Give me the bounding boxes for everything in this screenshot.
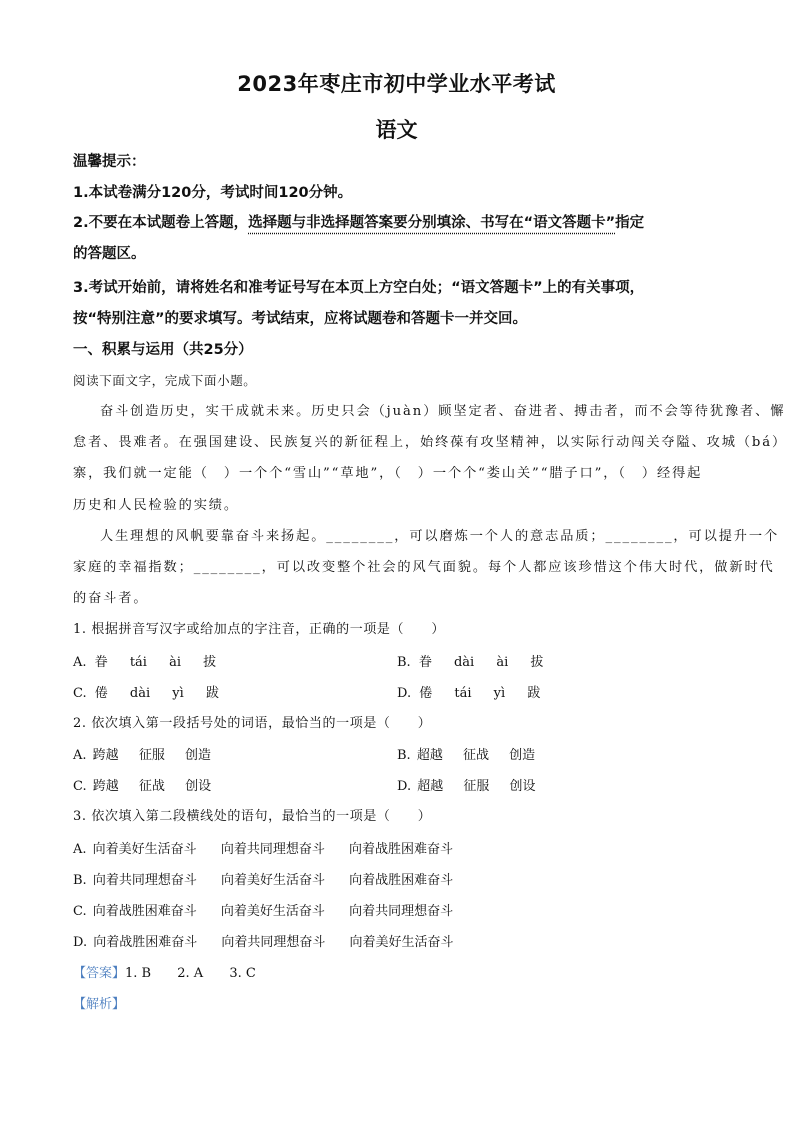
- question-2-stem: 2. 依次填入第一段括号处的词语，最恰当的一项是（ ）: [73, 712, 431, 731]
- option-item: 创造: [509, 748, 535, 763]
- option-item: 向着共同理想奋斗: [93, 873, 197, 888]
- option-label: A.: [73, 748, 87, 763]
- answer-line: 【答案】1. B 2. A 3. C: [73, 962, 256, 981]
- question-3-stem: 3. 依次填入第二段横线处的语句，最恰当的一项是（ ）: [73, 805, 431, 824]
- option-item: ài: [496, 655, 508, 670]
- option-label: C.: [73, 686, 87, 701]
- option-item: 向着战胜困难奋斗: [93, 935, 197, 950]
- notice-2: 2.不要在本试题卷上答题，选择题与非选择题答案要分别填涂、书写在“语文答题卡”指…: [73, 211, 644, 232]
- option-item: 向着美好生活奋斗: [350, 935, 454, 950]
- option-item: 向着共同理想奋斗: [221, 842, 325, 857]
- option-label: B.: [397, 748, 411, 763]
- option-item: 创设: [185, 779, 211, 794]
- question-1-stem: 1. 根据拼音写汉字或给加点的字注音，正确的一项是（ ）: [73, 618, 445, 637]
- option-item: 向着共同理想奋斗: [221, 935, 325, 950]
- passage1-line3: 寨，我们就一定能（ ）一个个“雪山”“草地”，（ ）一个个“娄山关”“腊子口”，…: [73, 462, 702, 481]
- analysis-line: 【解析】: [73, 993, 125, 1012]
- option-item: 超越: [417, 748, 443, 763]
- answer-value: 1. B: [125, 966, 151, 981]
- passage2-line1: 人生理想的风帆要靠奋斗来扬起。________，可以磨炼一个人的意志品质；___…: [100, 525, 779, 544]
- option-label: D.: [397, 686, 411, 701]
- notice-2-emphasized: 选择题与非选择题答案要分别填涂、书写在“语文答题卡”: [248, 215, 615, 231]
- notice-2-continuation: 的答题区。: [73, 242, 146, 263]
- option-item: 向着美好生活奋斗: [93, 842, 197, 857]
- option-item: 向着美好生活奋斗: [221, 904, 325, 919]
- q1-option-d: D. 倦 tái yì 跋: [397, 682, 540, 701]
- option-item: yì: [172, 686, 184, 701]
- q3-option-d: D. 向着战胜困难奋斗 向着共同理想奋斗 向着美好生活奋斗: [73, 931, 454, 950]
- option-label: B.: [397, 655, 411, 670]
- option-item: 征服: [463, 779, 489, 794]
- q3-option-b: B. 向着共同理想奋斗 向着美好生活奋斗 向着战胜困难奋斗: [73, 869, 453, 888]
- notice-heading: 温馨提示：: [73, 150, 146, 171]
- q2-option-b: B. 超越 征战 创造: [397, 744, 535, 763]
- q2-option-c: C. 跨越 征战 创设: [73, 775, 211, 794]
- q2-option-a: A. 跨越 征服 创造: [73, 744, 211, 763]
- analysis-label: 【解析】: [73, 997, 125, 1012]
- option-label: C.: [73, 904, 87, 919]
- q1-option-c: C. 倦 dài yì 跋: [73, 682, 219, 701]
- option-item: 超越: [417, 779, 443, 794]
- option-item: 眷: [95, 655, 108, 670]
- passage2-line3: 的奋斗者。: [73, 587, 148, 606]
- answer-label: 【答案】: [73, 966, 125, 981]
- option-item: 拔: [203, 655, 216, 670]
- option-item: 向着战胜困难奋斗: [349, 842, 453, 857]
- option-item: 跋: [527, 686, 540, 701]
- option-item: yì: [494, 686, 506, 701]
- option-item: tái: [454, 686, 471, 701]
- option-item: 倦: [419, 686, 432, 701]
- option-label: B.: [73, 873, 87, 888]
- option-item: ài: [169, 655, 181, 670]
- option-item: 征服: [139, 748, 165, 763]
- q1-option-b: B. 眷 dài ài 拔: [397, 651, 543, 670]
- option-item: 向着战胜困难奋斗: [93, 904, 197, 919]
- option-item: tái: [130, 655, 147, 670]
- passage2-line2: 家庭的幸福指数；________，可以改变整个社会的风气面貌。每个人都应该珍惜这…: [73, 556, 775, 575]
- exam-title: 2023年枣庄市初中学业水平考试: [0, 68, 793, 98]
- option-label: D.: [397, 779, 411, 794]
- option-label: C.: [73, 779, 87, 794]
- option-item: 跨越: [93, 779, 119, 794]
- option-label: A.: [73, 842, 87, 857]
- notice-1: 1.本试卷满分120分，考试时间120分钟。: [73, 181, 352, 202]
- passage1-line4: 历史和人民检验的实绩。: [73, 494, 239, 513]
- q2-option-d: D. 超越 征服 创设: [397, 775, 536, 794]
- option-item: 向着战胜困难奋斗: [349, 873, 453, 888]
- exam-page: 2023年枣庄市初中学业水平考试 语文 温馨提示： 1.本试卷满分120分，考试…: [0, 0, 793, 1122]
- instruction: 阅读下面文字，完成下面小题。: [73, 371, 256, 389]
- option-item: 跋: [206, 686, 219, 701]
- option-item: 拔: [530, 655, 543, 670]
- option-label: A.: [73, 655, 87, 670]
- q1-option-a: A. 眷 tái ài 拔: [73, 651, 216, 670]
- option-item: dài: [130, 686, 150, 701]
- option-item: 创造: [185, 748, 211, 763]
- q3-option-c: C. 向着战胜困难奋斗 向着美好生活奋斗 向着共同理想奋斗: [73, 900, 453, 919]
- notice-3-line1: 3.考试开始前，请将姓名和准考证号写在本页上方空白处；“语文答题卡”上的有关事项…: [73, 276, 644, 297]
- answer-value: 2. A: [177, 966, 203, 981]
- q3-option-a: A. 向着美好生活奋斗 向着共同理想奋斗 向着战胜困难奋斗: [73, 838, 453, 857]
- option-item: 向着美好生活奋斗: [221, 873, 325, 888]
- section-heading: 一、积累与运用（共25分）: [73, 338, 253, 359]
- option-item: 征战: [139, 779, 165, 794]
- option-item: 向着共同理想奋斗: [349, 904, 453, 919]
- answer-value: 3. C: [229, 966, 255, 981]
- notice-2-prefix: 2.不要在本试题卷上答题，: [73, 215, 248, 231]
- option-item: 跨越: [93, 748, 119, 763]
- passage1-line1: 奋斗创造历史，实干成就未来。历史只会（juàn）顾坚定者、奋进者、搏击者，而不会…: [100, 400, 785, 419]
- passage1-line2: 怠者、畏难者。在强国建设、民族复兴的新征程上，始终葆有攻坚精神，以实际行动闯关夺…: [73, 431, 787, 450]
- notice-3-line2: 按“特别注意”的要求填写。考试结束，应将试题卷和答题卡一并交回。: [73, 307, 527, 328]
- option-label: D.: [73, 935, 87, 950]
- option-item: 创设: [510, 779, 536, 794]
- option-item: dài: [454, 655, 474, 670]
- option-item: 倦: [95, 686, 108, 701]
- subject-title: 语文: [0, 114, 793, 144]
- option-item: 眷: [419, 655, 432, 670]
- notice-2-suffix: 指定: [615, 215, 644, 231]
- option-item: 征战: [463, 748, 489, 763]
